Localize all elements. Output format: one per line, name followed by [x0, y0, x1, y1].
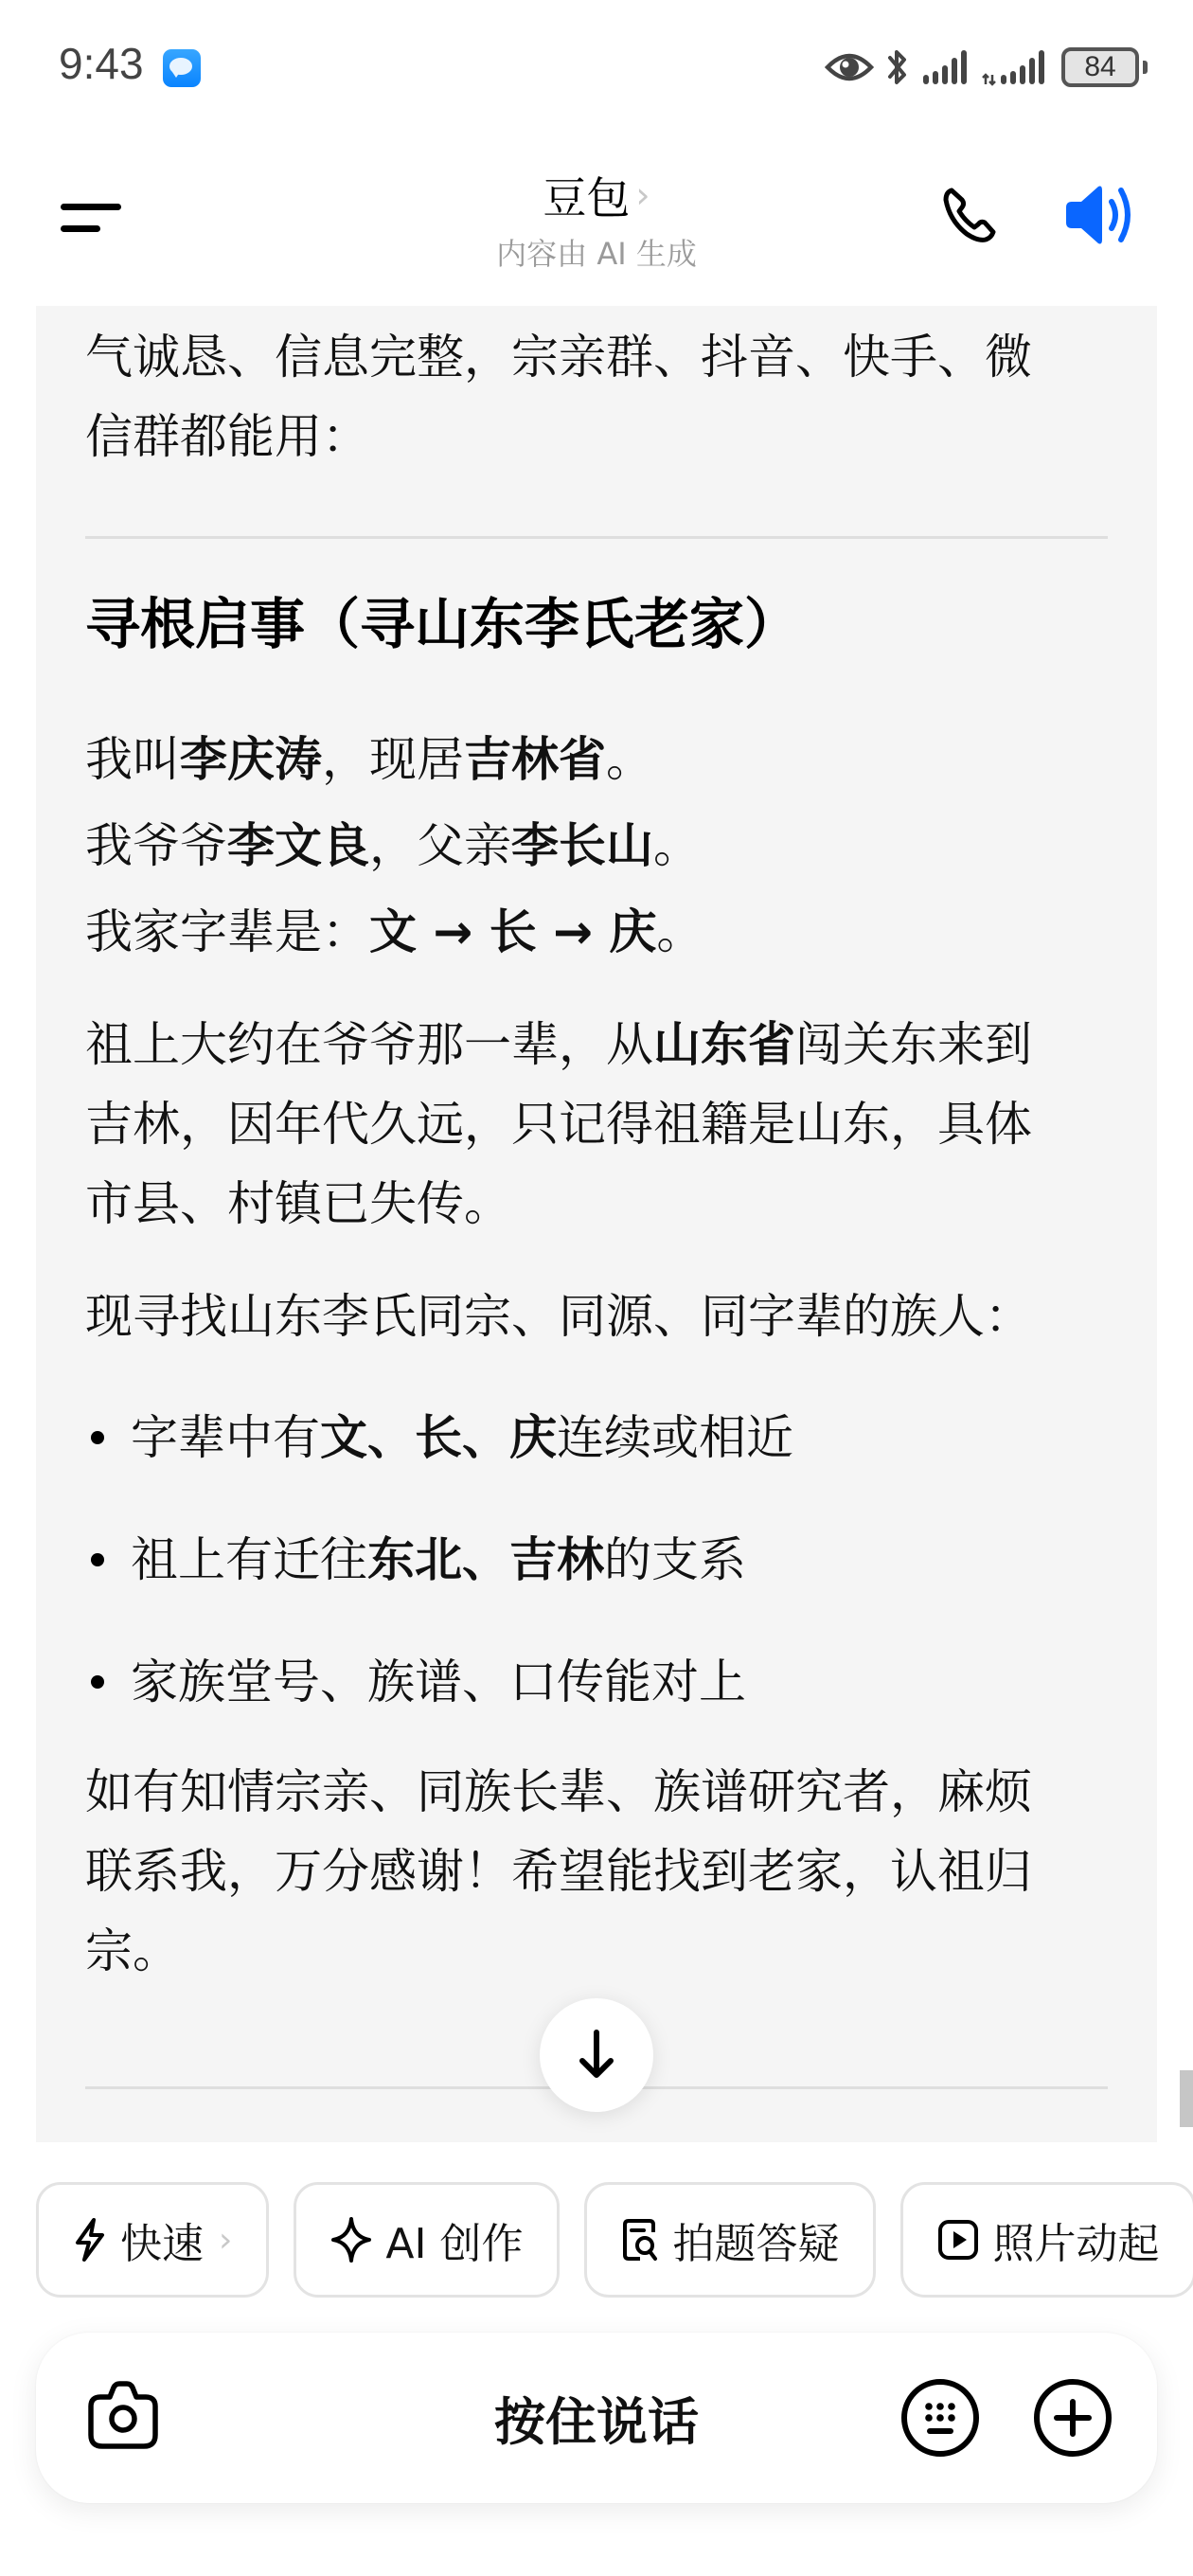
assistant-message: 气诚恳、信息完整，宗亲群、抖音、快手、微 信群都能用： 寻根启事（寻山东李氏老家… [36, 306, 1157, 2142]
message-bubble-icon [163, 49, 201, 87]
notice-heading: 寻根启事（寻山东李氏老家） [85, 586, 799, 662]
lightning-icon [73, 2217, 107, 2263]
battery-indicator: 84 [1061, 47, 1139, 87]
chip-animate-photo[interactable]: 照片动起 [900, 2182, 1193, 2298]
camera-button[interactable] [83, 2376, 163, 2456]
chip-label: 照片动起 [992, 2209, 1159, 2270]
bullet-item: 祖上有迁往东北、吉林的支系 [85, 1520, 746, 1600]
arrow-down-icon [573, 2027, 620, 2084]
chat-header: 豆包 › 内容由 AI 生成 [0, 137, 1193, 298]
battery-level: 84 [1084, 51, 1115, 83]
closing-line-3: 宗。 [85, 1911, 180, 1991]
bot-name: 豆包 [543, 164, 630, 226]
input-bar: 按住说话 [36, 2333, 1157, 2503]
closing-line-2: 联系我，万分感谢！希望能找到老家，认祖归 [85, 1832, 1032, 1911]
intro-line-1: 气诚恳、信息完整，宗亲群、抖音、快手、微 [85, 317, 1032, 397]
bullet-item: 字辈中有 文、长、庆 连续或相近 [85, 1398, 793, 1477]
bullet-dot [91, 1553, 104, 1566]
identity-line-1: 我叫李庆涛，现居吉林省。 [85, 720, 653, 799]
bluetooth-icon [887, 48, 908, 86]
bot-title[interactable]: 豆包 › [543, 164, 650, 226]
intro-line-2: 信群都能用： [85, 397, 369, 476]
bullet-dot [91, 1675, 104, 1689]
battery-tip [1143, 61, 1148, 74]
identity-line-2: 我爷爷李文良，父亲李长山。 [85, 806, 701, 885]
generation-names-line: 我家字辈是：文 → 长 → 庆。 [85, 892, 703, 972]
scrollbar-thumb[interactable] [1180, 2070, 1193, 2127]
photo-search-icon [621, 2217, 659, 2263]
hold-to-talk-button[interactable]: 按住说话 [36, 2333, 1157, 2503]
status-icons: 84 [825, 44, 1148, 91]
bullet-item: 家族堂号、族谱、口传能对上 [85, 1642, 746, 1722]
signal-icon [921, 48, 969, 86]
history-line-3: 市县、村镇已失传。 [85, 1164, 511, 1243]
speaker-button[interactable] [1059, 177, 1144, 253]
quick-actions: 快速 › AI 创作 拍题答疑 照片动起 [36, 2182, 1193, 2298]
speaker-icon [1059, 177, 1144, 253]
camera-icon [83, 2376, 163, 2456]
divider [85, 536, 1108, 539]
chip-fast-mode[interactable]: 快速 › [36, 2182, 269, 2298]
chip-ai-create[interactable]: AI 创作 [294, 2182, 560, 2298]
ai-generated-notice: 内容由 AI 生成 [0, 230, 1193, 274]
seeking-line: 现寻找山东李氏同宗、同源、同字辈的族人： [85, 1277, 1032, 1356]
play-icon [937, 2219, 979, 2261]
status-bar: 9:43 84 [0, 0, 1193, 137]
chip-photo-question[interactable]: 拍题答疑 [584, 2182, 876, 2298]
more-options-button[interactable] [1030, 2375, 1115, 2460]
scroll-to-bottom-button[interactable] [540, 1998, 653, 2112]
chip-label: AI 创作 [385, 2209, 523, 2270]
keyboard-toggle-button[interactable] [898, 2375, 983, 2460]
phone-icon [933, 177, 1008, 253]
eye-icon [825, 50, 874, 84]
title-area[interactable]: 豆包 › 内容由 AI 生成 [0, 164, 1193, 274]
history-line-1: 祖上大约在爷爷那一辈，从山东省闯关东来到 [85, 1005, 1032, 1084]
signal-data-icon [982, 48, 1048, 86]
bullet-dot [91, 1431, 104, 1444]
plus-icon [1030, 2375, 1115, 2460]
chip-label: 拍题答疑 [672, 2209, 839, 2270]
hold-to-talk-label: 按住说话 [494, 2382, 699, 2455]
phone-call-button[interactable] [933, 177, 1008, 253]
status-time: 9:43 [59, 38, 144, 89]
keyboard-icon [898, 2375, 983, 2460]
chevron-right-icon: › [635, 174, 650, 216]
chip-label: 快速 [120, 2209, 204, 2270]
chevron-right-icon: › [219, 2221, 232, 2260]
history-line-2: 吉林，因年代久远，只记得祖籍是山东，具体 [85, 1084, 1032, 1164]
closing-line-1: 如有知情宗亲、同族长辈、族谱研究者，麻烦 [85, 1752, 1032, 1832]
sparkle-icon [330, 2216, 372, 2263]
